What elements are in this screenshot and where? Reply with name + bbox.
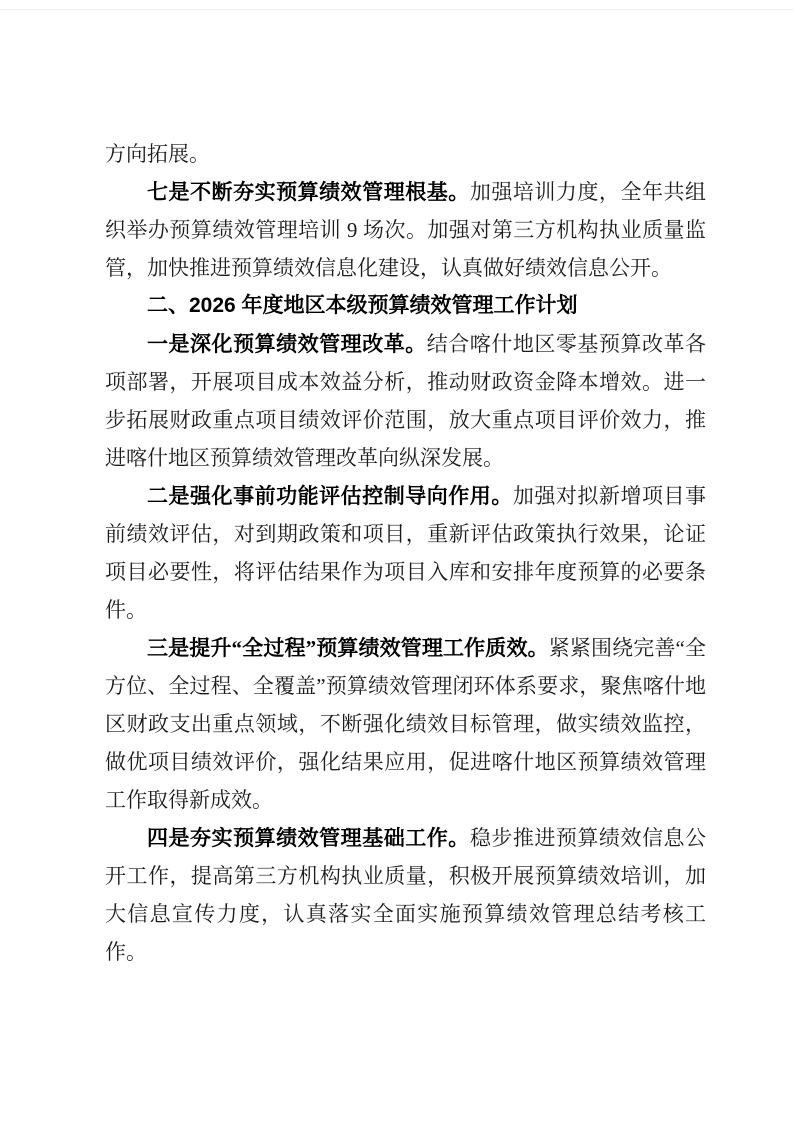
- paragraph-lead-emphasis: 四是夯实预算绩效管理基础工作。: [147, 826, 470, 850]
- paragraph-lead-emphasis: 七是不断夯实预算绩效管理根基。: [147, 180, 470, 204]
- plan-paragraph-4: 四是夯实预算绩效管理基础工作。稳步推进预算绩效信息公开工作，提高第三方机构执业质…: [105, 819, 706, 971]
- paragraph-lead-emphasis: 一是深化预算绩效管理改革。: [147, 332, 427, 356]
- paragraph-lead-emphasis: 三是提升“全过程”预算绩效管理工作质效。: [147, 636, 549, 660]
- document-body: 方向拓展。 七是不断夯实预算绩效管理根基。加强培训力度，全年共组织举办预算绩效管…: [105, 135, 706, 971]
- plan-paragraph-2: 二是强化事前功能评估控制导向作用。加强对拟新增项目事前绩效评估，对到期政策和项目…: [105, 477, 706, 629]
- page-top-divider: [0, 9, 793, 10]
- paragraph-body-text: 紧紧围绕完善“全方位、全过程、全覆盖”预算绩效管理闭环体系要求，聚焦喀什地区财政…: [105, 636, 706, 812]
- paragraph-item-seven: 七是不断夯实预算绩效管理根基。加强培训力度，全年共组织举办预算绩效管理培训 9 …: [105, 173, 706, 287]
- paragraph-continuation: 方向拓展。: [105, 135, 706, 173]
- plan-paragraph-1: 一是深化预算绩效管理改革。结合喀什地区零基预算改革各项部署，开展项目成本效益分析…: [105, 325, 706, 477]
- section-heading-text: 二、2026 年度地区本级预算绩效管理工作计划: [147, 294, 578, 317]
- paragraph-lead-emphasis: 二是强化事前功能评估控制导向作用。: [147, 484, 513, 508]
- section-heading: 二、2026 年度地区本级预算绩效管理工作计划: [105, 287, 706, 325]
- plan-paragraph-3: 三是提升“全过程”预算绩效管理工作质效。紧紧围绕完善“全方位、全过程、全覆盖”预…: [105, 629, 706, 819]
- paragraph-body-text: 方向拓展。: [105, 142, 210, 166]
- document-page: 方向拓展。 七是不断夯实预算绩效管理根基。加强培训力度，全年共组织举办预算绩效管…: [0, 0, 793, 1122]
